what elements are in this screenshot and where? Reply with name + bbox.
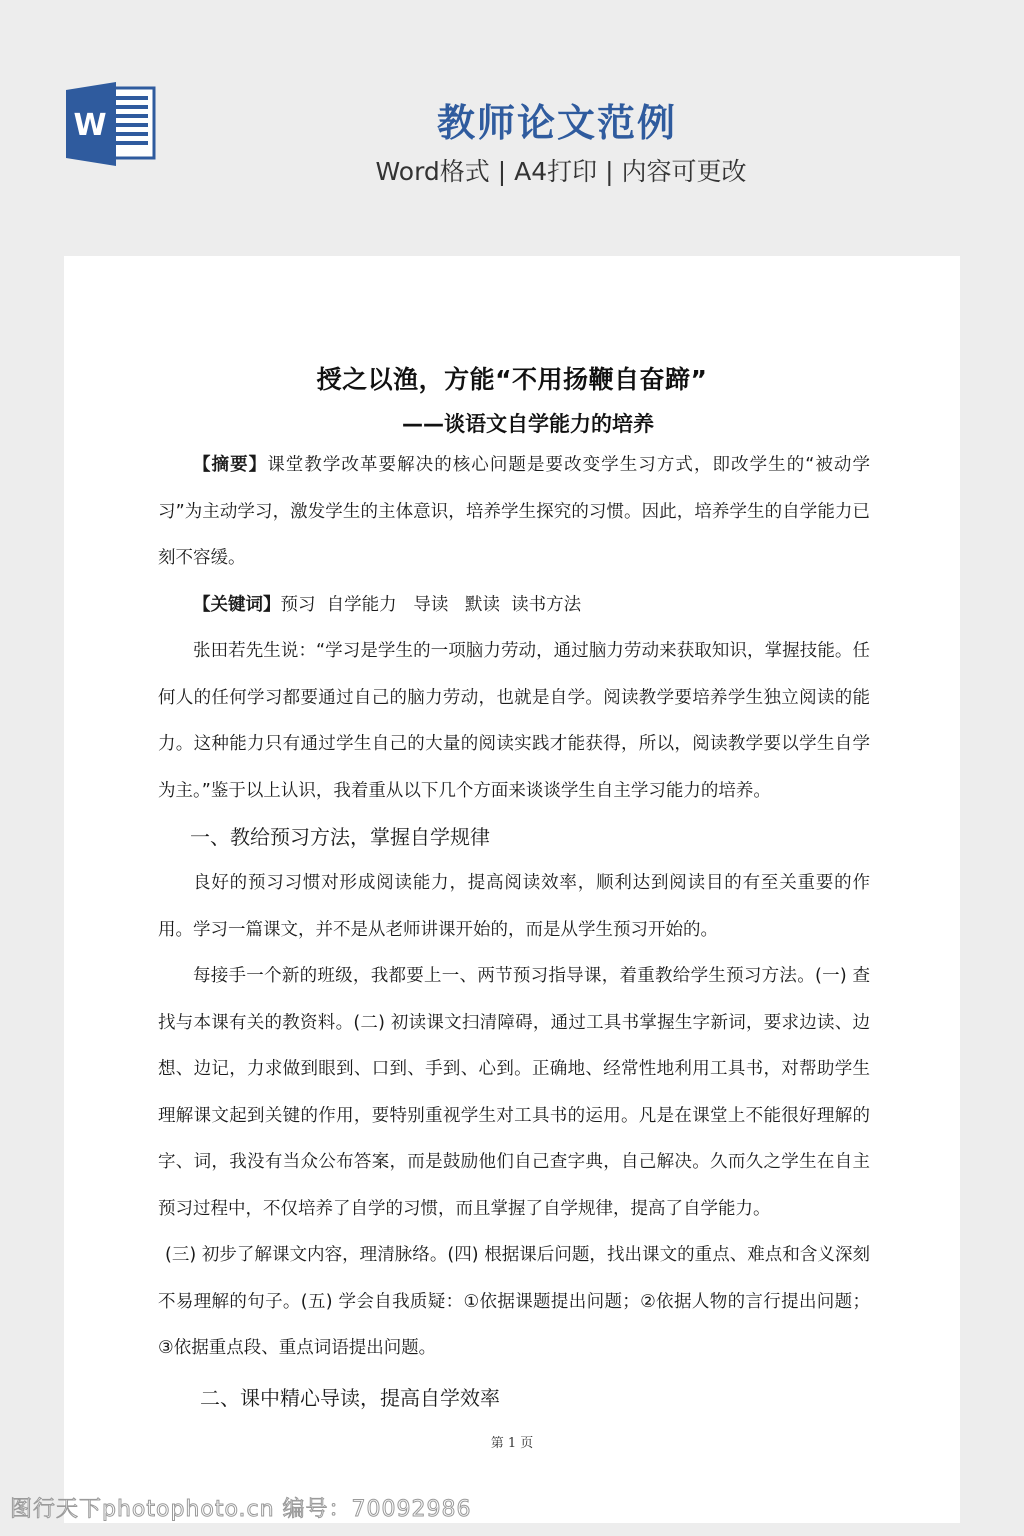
section-heading-1: 一、教给预习方法，掌握自学规律	[158, 814, 870, 860]
body-paragraph-3: 每接手一个新的班级，我都要上一、两节预习指导课，着重教给学生预习方法。(一) 查…	[158, 953, 870, 1232]
section-heading-2: 二、课中精心导读，提高自学效率	[158, 1372, 870, 1424]
document-body: 【摘要】课堂教学改革要解决的核心问题是要改变学生习方式，即改学生的“被动学习”为…	[158, 442, 870, 1424]
document-page: 授之以渔，方能“不用扬鞭自奋蹄” ——谈语文自学能力的培养 【摘要】课堂教学改革…	[64, 256, 960, 1523]
abstract-label: 【摘要】	[193, 455, 267, 475]
body-paragraph-4: (三) 初步了解课文内容，理清脉络。(四) 根据课后问题，找出课文的重点、难点和…	[158, 1232, 870, 1372]
keywords-paragraph: 【关键词】预习 自学能力 导读 默读 读书方法	[158, 582, 870, 629]
intro-paragraph: 张田若先生说：“学习是学生的一项脑力劳动，通过脑力劳动来获取知识，掌握技能。任何…	[158, 628, 870, 814]
header-banner: W 教师论文范例 Word格式 | A4打印 | 内容可更改	[0, 0, 1024, 256]
document-subtitle: ——谈语文自学能力的培养	[64, 408, 960, 438]
page-number: 第 1 页	[64, 1432, 960, 1451]
header-subtitle: Word格式 | A4打印 | 内容可更改	[0, 152, 1024, 188]
document-title: 授之以渔，方能“不用扬鞭自奋蹄”	[64, 360, 960, 396]
keywords-label: 【关键词】	[193, 595, 281, 615]
abstract-paragraph: 【摘要】课堂教学改革要解决的核心问题是要改变学生习方式，即改学生的“被动学习”为…	[158, 442, 870, 582]
keywords-text: 预习 自学能力 导读 默读 读书方法	[281, 595, 582, 615]
header-title: 教师论文范例	[0, 92, 1024, 147]
watermark: 图行天下photophoto.cn 编号：70092986	[10, 1492, 472, 1523]
body-paragraph-2: 良好的预习习惯对形成阅读能力，提高阅读效率，顺利达到阅读目的有至关重要的作用。学…	[158, 860, 870, 953]
